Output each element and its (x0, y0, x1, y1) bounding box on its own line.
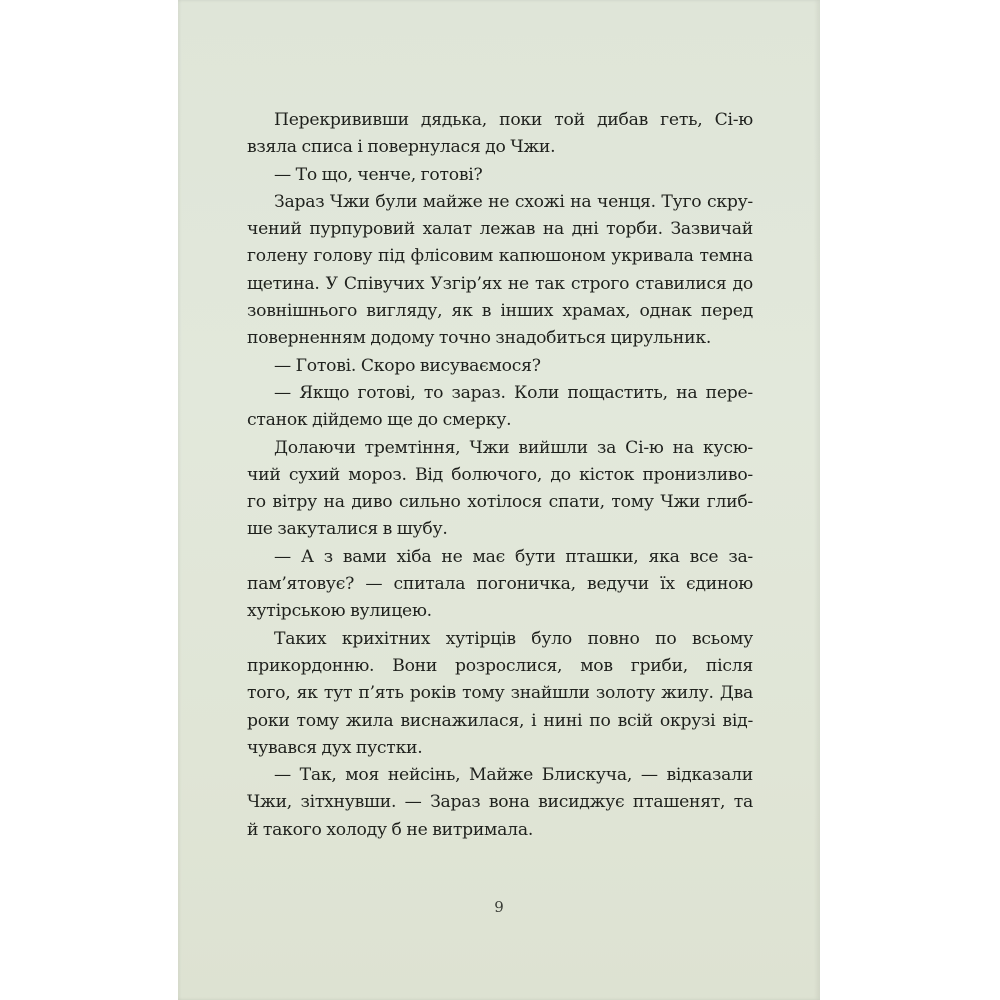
text-line: — То що, ченче, готові? (247, 162, 753, 189)
text-line: взяла списа і повернулася до Чжи. (247, 134, 753, 161)
text-line: Перекрививши дядька, поки той дибав геть… (247, 107, 753, 134)
text-line: зовнішнього вигляду, як в інших храмах, … (247, 298, 753, 325)
page-number: 9 (178, 898, 820, 916)
text-line: поверненням додому точно знадобиться цир… (247, 325, 753, 352)
text-line: — А з вами хіба не має бути пташки, яка … (247, 544, 753, 571)
text-line: хутірською вулицею. (247, 598, 753, 625)
text-line: — Якщо готові, то зараз. Коли пощастить,… (247, 380, 753, 407)
text-line: го вітру на диво сильно хотілося спати, … (247, 489, 753, 516)
text-line: Чжи, зітхнувши. — Зараз вона висиджує пт… (247, 789, 753, 816)
text-line: Долаючи тремтіння, Чжи вийшли за Сі-ю на… (247, 435, 753, 462)
body-text: Перекрививши дядька, поки той дибав геть… (247, 107, 753, 844)
text-line: чий сухий мороз. Від болючого, до кісток… (247, 462, 753, 489)
text-line: пам’ятовує? — спитала погоничка, ведучи … (247, 571, 753, 598)
text-line: й такого холоду б не витримала. (247, 817, 753, 844)
text-line: роки тому жила виснажилася, і нині по вс… (247, 708, 753, 735)
text-line: чувався дух пустки. (247, 735, 753, 762)
text-line: Зараз Чжи були майже не схожі на ченця. … (247, 189, 753, 216)
text-line: прикордонню. Вони розрослися, мов гриби,… (247, 653, 753, 680)
text-line: щетина. У Співучих Узгір’ях не так строг… (247, 271, 753, 298)
text-line: чений пурпуровий халат лежав на дні торб… (247, 216, 753, 243)
text-line: голену голову під флісовим капюшоном укр… (247, 243, 753, 270)
text-line: того, як тут п’ять років тому знайшли зо… (247, 680, 753, 707)
text-line: Таких крихітних хутірців було повно по в… (247, 626, 753, 653)
text-line: ше закуталися в шубу. (247, 516, 753, 543)
book-page: Перекрививши дядька, поки той дибав геть… (178, 0, 820, 1000)
text-line: станок дійдемо ще до смерку. (247, 407, 753, 434)
text-line: — Так, моя нейсінь, Майже Блискуча, — ві… (247, 762, 753, 789)
text-line: — Готові. Скоро висуваємося? (247, 353, 753, 380)
